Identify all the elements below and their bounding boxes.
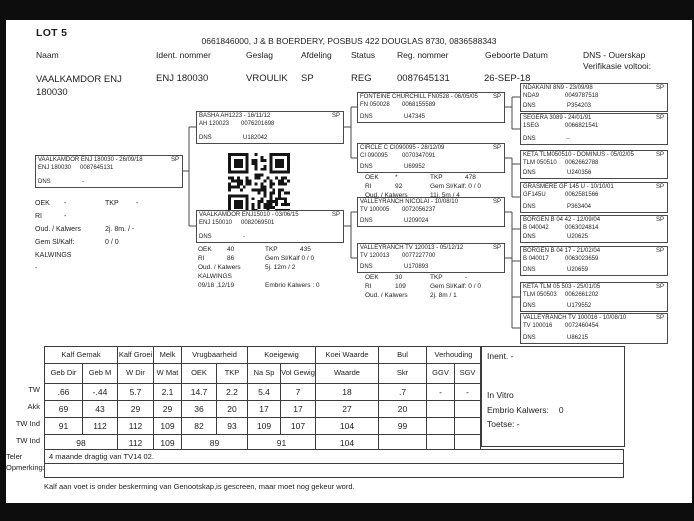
teler-label: Teler bbox=[6, 452, 22, 461]
ebv-table: Kalf Gemak Kalf Groei Melk Vrugbaarheid … bbox=[44, 346, 481, 452]
stat-value: 2j. 8m / 1 bbox=[430, 291, 481, 300]
stat-value: * bbox=[395, 173, 430, 182]
ebv-col-header: Vol Gewig bbox=[281, 364, 316, 384]
ebv-cell: 7 bbox=[281, 384, 316, 401]
animal-number: 0072056237 bbox=[402, 207, 435, 215]
section-badge: SP bbox=[656, 184, 664, 192]
ebv-cell: 29 bbox=[118, 401, 154, 418]
ebv-cell: 36 bbox=[182, 401, 217, 418]
circlec-stats: OEK*TKP478 RI92Gem Sl/Kalf: 0 / 0 Oud. /… bbox=[365, 173, 481, 200]
pedigree-box-keta-tlm050510: KETA TLM050510 - DOMINUS - 05/02/05SP TL… bbox=[520, 150, 668, 179]
stat-label: RI bbox=[365, 182, 395, 191]
stat-label: Oud. / Kalwers bbox=[365, 291, 430, 300]
pedigree-box-enj15010: VAALKAMDOR ENJ15010 - 03/06/15SP ENJ 150… bbox=[196, 210, 344, 243]
section-badge: SP bbox=[493, 145, 501, 153]
animal-title: VAALKAMDOR ENJ15010 - 03/06/15 bbox=[199, 212, 299, 220]
animal-title: VALLEYRANCH TV 120013 - 05/12/12 bbox=[360, 245, 463, 253]
dns-label: DNS bbox=[199, 234, 243, 242]
stat-value: 11j. 5m / 4 bbox=[430, 191, 481, 200]
ebv-cell: 20 bbox=[379, 401, 427, 418]
animal-number: 0063024814 bbox=[565, 225, 598, 233]
dns-value: U86215 bbox=[567, 335, 588, 343]
ebv-cell: 99 bbox=[379, 418, 427, 435]
dns-value: U69952 bbox=[404, 164, 425, 172]
dns-value: P354203 bbox=[567, 103, 591, 111]
animal-ident: CI 090095 bbox=[360, 153, 402, 161]
ebv-cell: .7 bbox=[379, 384, 427, 401]
ebv-cell: 14.7 bbox=[182, 384, 217, 401]
stat-label: RI bbox=[35, 210, 64, 223]
pedigree-box-nicolai: VALLEYRANCH NICOLAI - 10/08/10SP TV 1000… bbox=[357, 197, 505, 227]
ebv-cell: 18 bbox=[316, 384, 379, 401]
dns-value: U182042 bbox=[243, 135, 267, 143]
stat-value: - bbox=[64, 210, 138, 223]
animal-title: GRASMERE GF 145 U - 10/10/01 bbox=[523, 184, 614, 192]
animal-ident-value: ENJ 180030 bbox=[156, 73, 208, 84]
animal-title: VAALKAMDOR ENJ 180030 - 26/09/18 bbox=[38, 157, 143, 165]
col-label-ident: Ident. nommer bbox=[156, 50, 211, 60]
opmerking-label: Opmerking: bbox=[6, 463, 45, 472]
ebv-cell: 112 bbox=[83, 418, 118, 435]
embrio-kalwers-label: Embrio Kalwers: bbox=[487, 405, 549, 415]
stat-value: - bbox=[136, 197, 138, 210]
ebv-group-header: Melk bbox=[154, 347, 182, 364]
dns-label: DNS bbox=[360, 114, 404, 122]
ebv-subheader-row: Geb Dir Geb M W Dir W Mat OEK TKP Na Sp … bbox=[45, 364, 481, 384]
animal-title: VALLEYRANCH TV 100016 - 10/08/10 bbox=[523, 315, 626, 323]
invitro-label: In Vitro bbox=[487, 388, 564, 403]
section-badge: SP bbox=[171, 157, 179, 165]
document-page: LOT 5 0661846000, J & B BOERDERY, POSBUS… bbox=[6, 20, 692, 503]
animal-title: BASHA AH1223 - 16/11/12 bbox=[199, 113, 270, 121]
ebv-cell: 5.7 bbox=[118, 384, 154, 401]
ebv-col-header: W Mat bbox=[154, 364, 182, 384]
dns-value: - bbox=[243, 234, 245, 242]
dns-label: DNS bbox=[523, 234, 567, 242]
pedigree-box-keta-tlm05503: KETA TLM 05 503 - 25/01/05SP TLM 0505030… bbox=[520, 282, 668, 312]
animal-number: 0062661202 bbox=[565, 292, 598, 300]
animal-number: 0076201698 bbox=[241, 121, 274, 129]
animal-ident: ENJ 150010 bbox=[199, 220, 241, 228]
section-badge: SP bbox=[656, 248, 664, 256]
dns-value: U179552 bbox=[567, 303, 591, 311]
qr-code-icon bbox=[228, 153, 290, 215]
dns-ouerskap-label: DNS - Ouerskap bbox=[583, 50, 645, 60]
dns-value: - bbox=[82, 179, 84, 187]
animal-title: NDAKAINI 8N9 - 23/09/98 bbox=[523, 85, 593, 93]
animal-number: 0087645131 bbox=[80, 165, 113, 173]
animal-title: FONTEINE CHURCHILL FN0528 - 06/05/05 bbox=[360, 94, 478, 102]
ebv-cell bbox=[427, 418, 455, 435]
stat-value: 0 / 0 bbox=[105, 236, 138, 249]
animal-ident: B 040042 bbox=[523, 225, 565, 233]
ebv-cell: 5.4 bbox=[248, 384, 281, 401]
stat-value: 5j. 12m / 2 bbox=[265, 263, 320, 272]
section-badge: SP bbox=[656, 115, 664, 123]
dns-label: DNS bbox=[523, 303, 567, 311]
stat-value: 40 bbox=[227, 245, 265, 254]
stat-value: - bbox=[465, 273, 481, 282]
ebv-cell: 29 bbox=[154, 401, 182, 418]
dns-label: DNS bbox=[523, 267, 567, 275]
kalwings-label: KALWINGS bbox=[198, 273, 232, 280]
stat-label: TKP bbox=[265, 245, 300, 254]
dns-value: U20625 bbox=[567, 234, 588, 242]
section-badge: SP bbox=[656, 284, 664, 292]
toetse-value: Toetse: - bbox=[487, 417, 564, 432]
animal-ident: TV 100005 bbox=[360, 207, 402, 215]
ebv-cell: 2.1 bbox=[154, 384, 182, 401]
animal-ident: AH 120023 bbox=[199, 121, 241, 129]
ebv-cell: 69 bbox=[45, 401, 83, 418]
row-label-twind2: TW Ind bbox=[6, 436, 40, 445]
dns-label: DNS bbox=[360, 218, 404, 226]
section-badge: SP bbox=[656, 85, 664, 93]
ebv-group-header: Bul bbox=[379, 347, 427, 364]
col-label-geboorte: Geboorte Datum bbox=[485, 50, 548, 60]
stat-label: RI bbox=[365, 282, 395, 291]
animal-ident: GF145U bbox=[523, 192, 565, 200]
ebv-akk-row: 69 43 29 29 36 20 17 17 27 20 bbox=[45, 401, 481, 418]
section-badge: SP bbox=[656, 315, 664, 323]
ebv-col-header: OEK bbox=[182, 364, 217, 384]
dns-value: U209024 bbox=[404, 218, 428, 226]
animal-title: CIRCLE C CI090095 - 28/12/09 bbox=[360, 145, 444, 153]
footnote-text: Kalf aan voet is onder beskerming van Ge… bbox=[44, 482, 355, 491]
ebv-cell: 109 bbox=[154, 418, 182, 435]
section-badge: SP bbox=[332, 113, 340, 121]
ebv-group-header-row: Kalf Gemak Kalf Groei Melk Vrugbaarheid … bbox=[45, 347, 481, 364]
ebv-col-header: W Dir bbox=[118, 364, 154, 384]
row-label-akk: Akk bbox=[6, 402, 40, 411]
ebv-cell: 43 bbox=[83, 401, 118, 418]
ebv-col-header: Na Sp bbox=[248, 364, 281, 384]
ebv-cell: 104 bbox=[316, 418, 379, 435]
stat-value: Gem Sl/Kalf: 0 / 0 bbox=[430, 182, 481, 191]
stat-value: Gem Sl/Kalf 0 / 0 bbox=[265, 254, 320, 263]
animal-ident: B 040017 bbox=[523, 256, 565, 264]
ebv-cell bbox=[427, 401, 455, 418]
animal-ident: ENJ 180030 bbox=[38, 165, 80, 173]
animal-number: 0072460454 bbox=[565, 323, 598, 331]
stat-value: 478 bbox=[465, 173, 481, 182]
ebv-group-header: Koeigewig bbox=[248, 347, 316, 364]
stat-value: Gem Sl/Kalf: 0 / 0 bbox=[430, 282, 481, 291]
ebv-cell: 2.2 bbox=[217, 384, 248, 401]
animal-number: 0070347091 bbox=[402, 153, 435, 161]
pedigree-box-borgen-b0417: BORGEN B 04 17 - 21/02/04SP B 0400170063… bbox=[520, 246, 668, 276]
dns-value: U47345 bbox=[404, 114, 425, 122]
ebv-col-header: GGV bbox=[427, 364, 455, 384]
ebv-group-header: Vrugbaarheid bbox=[182, 347, 248, 364]
dns-value: U20659 bbox=[567, 267, 588, 275]
pedigree-box-tv120013: VALLEYRANCH TV 120013 - 05/12/12SP TV 12… bbox=[357, 243, 505, 273]
animal-ident: 1SEG bbox=[523, 123, 565, 131]
col-label-afdeling: Afdeling bbox=[301, 50, 332, 60]
section-badge: SP bbox=[493, 94, 501, 102]
stat-value: - bbox=[64, 197, 105, 210]
ebv-cell: -.44 bbox=[83, 384, 118, 401]
pedigree-box-borgen-b0442: BORGEN B 04 42 - 12/09/04SP B 0400420063… bbox=[520, 215, 668, 243]
animal-number: 0063023659 bbox=[565, 256, 598, 264]
kalwings-value: - bbox=[35, 265, 37, 272]
ebv-twind-row: 91 112 112 109 82 93 109 107 104 99 bbox=[45, 418, 481, 435]
ebv-cell bbox=[455, 418, 481, 435]
dns-value: - bbox=[567, 136, 569, 144]
stat-label: Oud. / Kalwers bbox=[35, 223, 105, 236]
ebv-cell: 17 bbox=[281, 401, 316, 418]
stat-value: 86 bbox=[227, 254, 265, 263]
animal-title: BORGEN B 04 17 - 21/02/04 bbox=[523, 248, 600, 256]
animal-number: 0082069501 bbox=[241, 220, 274, 228]
dns-label: DNS bbox=[523, 204, 567, 212]
stat-label: TKP bbox=[105, 197, 136, 210]
animal-naam-value: VAALKAMDOR ENJ 180030 bbox=[36, 73, 136, 99]
ebv-cell: 27 bbox=[316, 401, 379, 418]
stat-label: Oud. / Kalwers bbox=[365, 191, 430, 200]
animal-number: 0062662788 bbox=[565, 160, 598, 168]
ebv-group-header: Koei Waarde bbox=[316, 347, 379, 364]
animal-ident: TV 120013 bbox=[360, 253, 402, 261]
ebv-cell: 91 bbox=[45, 418, 83, 435]
animal-number: 0062581566 bbox=[565, 192, 598, 200]
col-label-status: Status bbox=[351, 50, 375, 60]
stat-value: 92 bbox=[395, 182, 430, 191]
stat-label: OEK bbox=[365, 273, 395, 282]
section-badge: SP bbox=[493, 199, 501, 207]
dns-value: P363404 bbox=[567, 204, 591, 212]
col-label-reg: Reg. nommer bbox=[397, 50, 449, 60]
stat-label: TKP bbox=[430, 273, 465, 282]
animal-ident: NDA9 bbox=[523, 93, 565, 101]
row-label-twind: TW Ind bbox=[6, 419, 40, 428]
dns-value: U240356 bbox=[567, 170, 591, 178]
section-badge: SP bbox=[332, 212, 340, 220]
pedigree-box-basha: BASHA AH1223 - 16/11/12SP AH 12002300762… bbox=[196, 111, 344, 144]
animal-number: 0049787518 bbox=[565, 93, 598, 101]
stat-label: Gem Sl/Kalf: bbox=[35, 236, 105, 249]
dns-label: DNS bbox=[523, 335, 567, 343]
kalwings-label: KALWINGS bbox=[35, 252, 71, 259]
pedigree-box-ndakaini: NDAKAINI 8N9 - 23/09/98SP NDA90049787518… bbox=[520, 83, 668, 112]
stat-label: TKP bbox=[430, 173, 465, 182]
animal-title: BORGEN B 04 42 - 12/09/04 bbox=[523, 217, 600, 225]
animal-title: VALLEYRANCH NICOLAI - 10/08/10 bbox=[360, 199, 458, 207]
pedigree-box-grasmere: GRASMERE GF 145 U - 10/10/01SP GF145U006… bbox=[520, 182, 668, 213]
animal-title: SEGERA 3089 - 24/01/91 bbox=[523, 115, 591, 123]
embrio-kalwers-count: 0 bbox=[559, 405, 564, 415]
dns-label: DNS bbox=[360, 164, 404, 172]
animal-title: KETA TLM050510 - DOMINUS - 05/02/05 bbox=[523, 152, 634, 160]
animal-status-value: REG bbox=[351, 73, 372, 84]
dns-label: DNS bbox=[199, 135, 243, 143]
opmerking-row bbox=[44, 463, 624, 478]
ebv-tw-row: .66 -.44 5.7 2.1 14.7 2.2 5.4 7 18 .7 - … bbox=[45, 384, 481, 401]
subject-stats: OEK-TKP- RI- Oud. / Kalwers2j. 8m. / - G… bbox=[35, 197, 138, 275]
ebv-cell: 112 bbox=[118, 418, 154, 435]
dns-label: DNS bbox=[523, 170, 567, 178]
ebv-group-header: Kalf Groei bbox=[118, 347, 154, 364]
section-badge: SP bbox=[493, 245, 501, 253]
animal-number: 0077227700 bbox=[402, 253, 435, 261]
ebv-col-header: Geb Dir bbox=[45, 364, 83, 384]
ebv-group-header: Verhouding bbox=[427, 347, 481, 364]
stat-label: Oud. / Kalwers bbox=[198, 263, 265, 272]
section-badge: SP bbox=[656, 152, 664, 160]
pedigree-box-tv100016: VALLEYRANCH TV 100016 - 10/08/10SP TV 10… bbox=[520, 313, 668, 344]
animal-number: 0068155589 bbox=[402, 102, 435, 110]
ebv-cell: 109 bbox=[248, 418, 281, 435]
stat-label: OEK bbox=[365, 173, 395, 182]
animal-ident: TLM 050503 bbox=[523, 292, 565, 300]
enj15010-stats: OEK40TKP435 RI86Gem Sl/Kalf 0 / 0 Oud. /… bbox=[198, 245, 320, 290]
animal-ident: FN 050028 bbox=[360, 102, 402, 110]
animal-afdeling-value: SP bbox=[301, 73, 314, 84]
ebv-cell: - bbox=[455, 384, 481, 401]
dns-label: DNS bbox=[523, 136, 567, 144]
col-label-naam: Naam bbox=[36, 50, 59, 60]
pedigree-box-segera: SEGERA 3089 - 24/01/91SP 1SEG0066821541 … bbox=[520, 113, 668, 145]
inent-value: Inent. - bbox=[487, 351, 513, 361]
dns-label: DNS bbox=[523, 103, 567, 111]
ebv-cell: 93 bbox=[217, 418, 248, 435]
breeder-contact-line: 0661846000, J & B BOERDERY, POSBUS 422 D… bbox=[6, 36, 692, 46]
inent-panel: Inent. - In Vitro Embrio Kalwers:0 Toets… bbox=[481, 346, 625, 447]
stat-value: 30 bbox=[395, 273, 430, 282]
section-badge: SP bbox=[656, 217, 664, 225]
ebv-cell: 82 bbox=[182, 418, 217, 435]
animal-geslag-value: VROULIK bbox=[246, 73, 288, 84]
tv120013-stats: OEK30TKP- RI109Gem Sl/Kalf: 0 / 0 Oud. /… bbox=[365, 273, 481, 300]
ebv-col-header: Skr bbox=[379, 364, 427, 384]
dns-value: U170893 bbox=[404, 264, 428, 272]
pedigree-box-subject: VAALKAMDOR ENJ 180030 - 26/09/18SP ENJ 1… bbox=[35, 155, 183, 188]
verifikasie-voltooi-label: Verifikasie voltooi: bbox=[583, 61, 651, 71]
animal-title: KETA TLM 05 503 - 25/01/05 bbox=[523, 284, 600, 292]
dns-label: DNS bbox=[360, 264, 404, 272]
ebv-cell: 107 bbox=[281, 418, 316, 435]
remark-row: 4 maande dragtig van TV14 02. bbox=[44, 449, 624, 464]
stat-label: OEK bbox=[35, 197, 64, 210]
ebv-cell: - bbox=[427, 384, 455, 401]
kalwings-value: 09/18 ,12/19 bbox=[198, 281, 265, 290]
pedigree-box-fonteine: FONTEINE CHURCHILL FN0528 - 06/05/05SP F… bbox=[357, 92, 505, 123]
ebv-col-header: TKP bbox=[217, 364, 248, 384]
animal-ident: TLM 050510 bbox=[523, 160, 565, 168]
stat-value: 109 bbox=[395, 282, 430, 291]
stat-label: RI bbox=[198, 254, 227, 263]
ebv-col-header: Geb M bbox=[83, 364, 118, 384]
dns-label: DNS bbox=[38, 179, 82, 187]
animal-ident: TV 100016 bbox=[523, 323, 565, 331]
ebv-col-header: Waarde bbox=[316, 364, 379, 384]
stat-label: OEK bbox=[198, 245, 227, 254]
ebv-col-header: SGV bbox=[455, 364, 481, 384]
ebv-cell: .66 bbox=[45, 384, 83, 401]
ebv-cell bbox=[455, 401, 481, 418]
animal-reg-value: 0087645131 bbox=[397, 73, 450, 84]
animal-number: 0066821541 bbox=[565, 123, 598, 131]
embrio-kalwers-value: Embrio Kalwers : 0 bbox=[265, 281, 320, 290]
pedigree-box-circlec: CIRCLE C CI090095 - 28/12/09SP CI 090095… bbox=[357, 143, 505, 173]
ebv-group-header: Kalf Gemak bbox=[45, 347, 118, 364]
row-label-tw: TW bbox=[6, 385, 40, 394]
ebv-cell: 17 bbox=[248, 401, 281, 418]
ebv-cell: 20 bbox=[217, 401, 248, 418]
col-label-geslag: Geslag bbox=[246, 50, 273, 60]
stat-value: 2j. 8m. / - bbox=[105, 223, 138, 236]
stat-value: 435 bbox=[300, 245, 320, 254]
